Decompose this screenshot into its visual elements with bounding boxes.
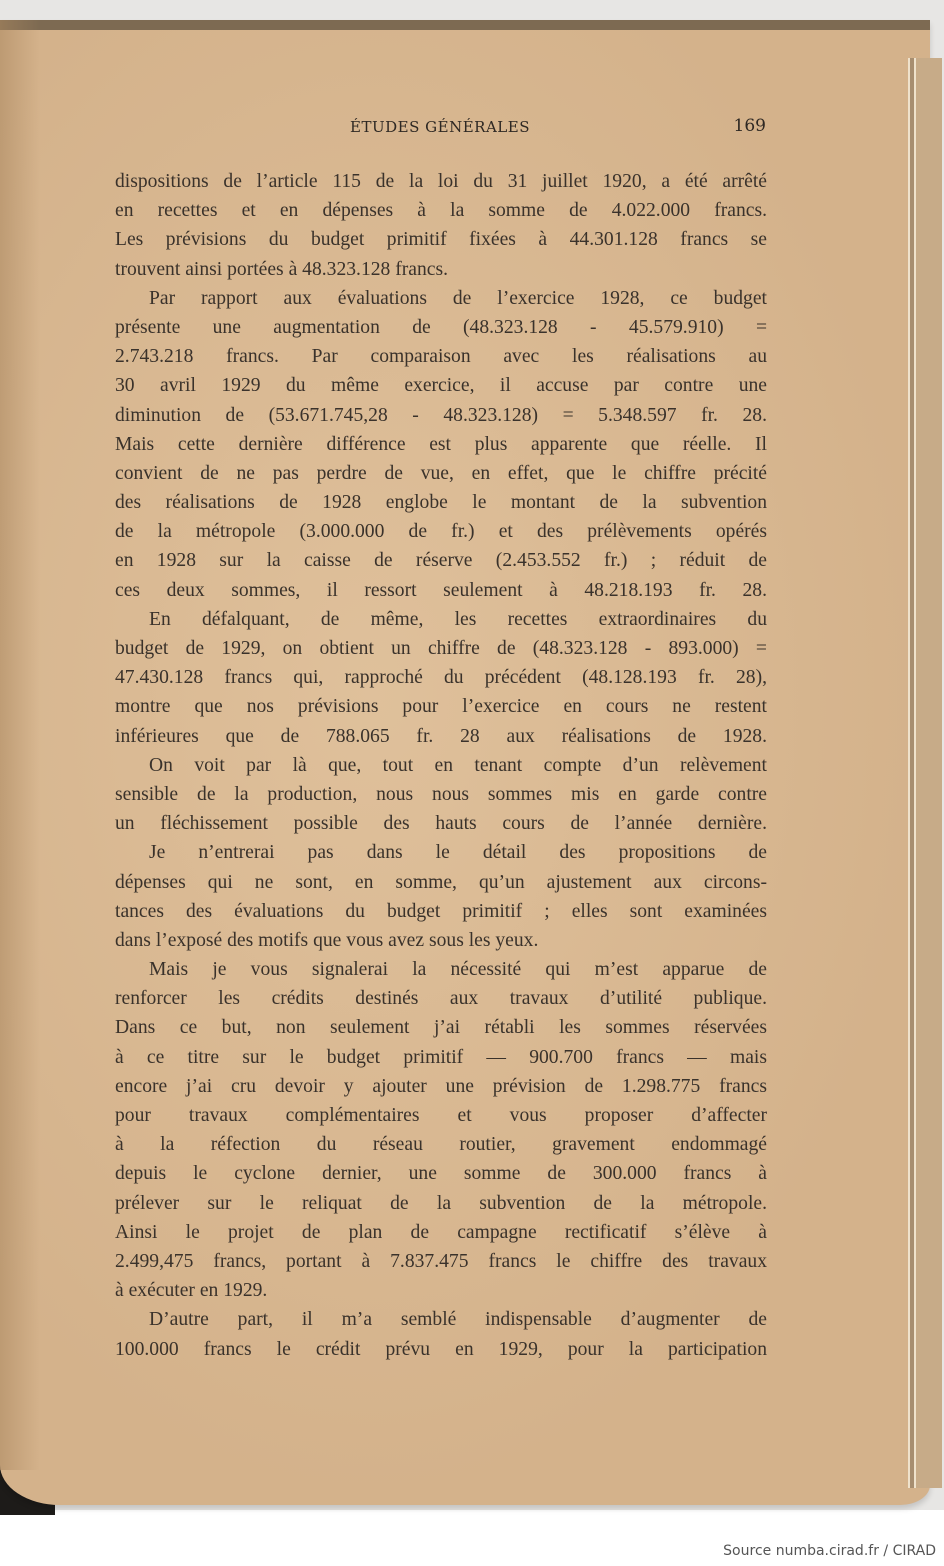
text-line: à exécuter en 1929. bbox=[115, 1276, 767, 1305]
text-line: ces deux sommes, il ressort seulement à … bbox=[115, 576, 767, 605]
text-line: en 1928 sur la caisse de réserve (2.453.… bbox=[115, 546, 767, 575]
text-line: Ainsi le projet de plan de campagne rect… bbox=[115, 1218, 767, 1247]
text-line: inférieures que de 788.065 fr. 28 aux ré… bbox=[115, 722, 767, 751]
text-line: En défalquant, de même, les recettes ext… bbox=[115, 605, 767, 634]
text-line: des réalisations de 1928 englobe le mont… bbox=[115, 488, 767, 517]
gutter-shadow bbox=[0, 20, 40, 1470]
text-line: On voit par là que, tout en tenant compt… bbox=[115, 751, 767, 780]
text-line: montre que nos prévisions pour l’exercic… bbox=[115, 692, 767, 721]
text-line: budget de 1929, on obtient un chiffre de… bbox=[115, 634, 767, 663]
text-line: Dans ce but, non seulement j’ai rétabli … bbox=[115, 1013, 767, 1042]
text-line: dépenses qui ne sont, en somme, qu’un aj… bbox=[115, 868, 767, 897]
text-line: Je n’entrerai pas dans le détail des pro… bbox=[115, 838, 767, 867]
text-line: Par rapport aux évaluations de l’exercic… bbox=[115, 284, 767, 313]
body-text: dispositions de l’article 115 de la loi … bbox=[115, 167, 767, 1364]
text-line: à ce titre sur le budget primitif — 900.… bbox=[115, 1043, 767, 1072]
text-line: dans l’exposé des motifs que vous avez s… bbox=[115, 926, 767, 955]
text-line: 2.499,475 francs, portant à 7.837.475 fr… bbox=[115, 1247, 767, 1276]
text-line: Les prévisions du budget primitif fixées… bbox=[115, 225, 767, 254]
text-line: un fléchissement possible des hauts cour… bbox=[115, 809, 767, 838]
text-line: convient de ne pas perdre de vue, en eff… bbox=[115, 459, 767, 488]
text-line: Mais je vous signalerai la nécessité qui… bbox=[115, 955, 767, 984]
text-line: 47.430.128 francs qui, rapproché du préc… bbox=[115, 663, 767, 692]
text-line: 2.743.218 francs. Par comparaison avec l… bbox=[115, 342, 767, 371]
text-line: prélever sur le reliquat de la subventio… bbox=[115, 1189, 767, 1218]
paragraph: Je n’entrerai pas dans le détail des pro… bbox=[115, 838, 767, 955]
text-line: diminution de (53.671.745,28 - 48.323.12… bbox=[115, 401, 767, 430]
text-line: présente une augmentation de (48.323.128… bbox=[115, 313, 767, 342]
paragraph: D’autre part, il m’a semblé indispensabl… bbox=[115, 1305, 767, 1363]
paragraph: En défalquant, de même, les recettes ext… bbox=[115, 605, 767, 751]
text-line: trouvent ainsi portées à 48.323.128 fran… bbox=[115, 255, 767, 284]
text-line: dispositions de l’article 115 de la loi … bbox=[115, 167, 767, 196]
page-edges bbox=[908, 58, 942, 1488]
paragraph: Mais je vous signalerai la nécessité qui… bbox=[115, 955, 767, 1305]
source-credit: Source numba.cirad.fr / CIRAD bbox=[723, 1543, 936, 1559]
text-line: renforcer les crédits destinés aux trava… bbox=[115, 984, 767, 1013]
text-line: de la métropole (3.000.000 de fr.) et de… bbox=[115, 517, 767, 546]
text-line: D’autre part, il m’a semblé indispensabl… bbox=[115, 1305, 767, 1334]
text-line: depuis le cyclone dernier, une somme de … bbox=[115, 1159, 767, 1188]
text-line: tances des évaluations du budget primiti… bbox=[115, 897, 767, 926]
running-head: ÉTUDES GÉNÉRALES 169 bbox=[110, 118, 770, 142]
paragraph: dispositions de l’article 115 de la loi … bbox=[115, 167, 767, 284]
text-line: 100.000 francs le crédit prévu en 1929, … bbox=[115, 1335, 767, 1364]
paragraph: Par rapport aux évaluations de l’exercic… bbox=[115, 284, 767, 605]
paragraph: On voit par là que, tout en tenant compt… bbox=[115, 751, 767, 839]
text-line: pour travaux complémentaires et vous pro… bbox=[115, 1101, 767, 1130]
running-title: ÉTUDES GÉNÉRALES bbox=[110, 118, 770, 136]
text-line: Mais cette dernière différence est plus … bbox=[115, 430, 767, 459]
text-line: à la réfection du réseau routier, gravem… bbox=[115, 1130, 767, 1159]
text-line: en recettes et en dépenses à la somme de… bbox=[115, 196, 767, 225]
text-line: encore j’ai cru devoir y ajouter une pré… bbox=[115, 1072, 767, 1101]
text-line: sensible de la production, nous nous som… bbox=[115, 780, 767, 809]
page-number: 169 bbox=[734, 116, 766, 136]
text-line: 30 avril 1929 du même exercice, il accus… bbox=[115, 371, 767, 400]
